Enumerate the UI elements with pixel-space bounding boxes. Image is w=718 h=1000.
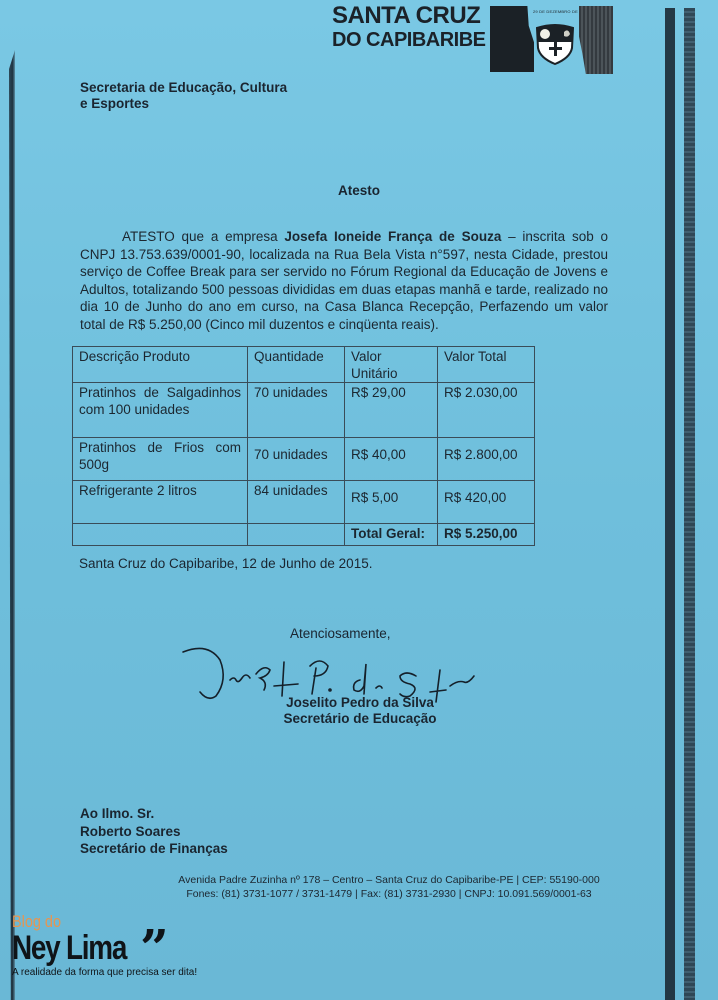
attestation-paragraph: ATESTO que a empresa Josefa Ioneide Fran… — [80, 228, 608, 334]
signer-name: Joselito Pedro da Silva — [275, 695, 445, 711]
cell-empty — [248, 524, 345, 546]
company-name: Josefa Ioneide França de Souza — [284, 229, 501, 244]
footer-contacts: Fones: (81) 3731-1077 / 3731-1479 | Fax:… — [60, 887, 718, 901]
coat-of-arms-icon — [534, 22, 576, 66]
cell-valor-total: R$ 2.030,00 — [438, 383, 535, 438]
table-row: Refrigerante 2 litros 84 unidades R$ 5,0… — [73, 481, 535, 524]
cell-valor-unitario: R$ 5,00 — [345, 481, 438, 524]
scan-edge-right-bar-textured — [684, 8, 695, 1000]
recipient-salutation: Ao Ilmo. Sr. — [80, 805, 228, 823]
document-title: Atesto — [0, 183, 718, 198]
quote-mark-icon: ” — [140, 923, 169, 973]
table-row: Pratinhos de Frios com 500g 70 unidades … — [73, 438, 535, 481]
cell-quantidade: 70 unidades — [248, 438, 345, 481]
signer-block: Joselito Pedro da Silva Secretário de Ed… — [275, 695, 445, 727]
total-value: R$ 5.250,00 — [438, 524, 535, 546]
city-logo-line2: DO CAPIBARIBE — [332, 30, 486, 50]
cell-valor-unitario: R$ 29,00 — [345, 383, 438, 438]
signer-role: Secretário de Educação — [275, 711, 445, 727]
cell-valor-total: R$ 420,00 — [438, 481, 535, 524]
table-header-row: Descrição Produto Quantidade Valor Unitá… — [73, 347, 535, 383]
letter-footer: Avenida Padre Zuzinha nº 178 – Centro – … — [0, 873, 718, 901]
blog-watermark: Blog do Ney Lima ” A realidade da forma … — [12, 913, 197, 978]
header-valor-unitario: Valor Unitário — [345, 347, 438, 383]
table-total-row: Total Geral: R$ 5.250,00 — [73, 524, 535, 546]
department-header: Secretaria de Educação, Cultura e Esport… — [80, 80, 287, 112]
date-line: Santa Cruz do Capibaribe, 12 de Junho de… — [79, 556, 372, 571]
watermark-tagline: A realidade da forma que precisa ser dit… — [12, 967, 197, 978]
paragraph-lead: ATESTO que a empresa — [122, 229, 284, 244]
recipient-block: Ao Ilmo. Sr. Roberto Soares Secretário d… — [80, 805, 228, 858]
cell-descricao: Refrigerante 2 litros — [73, 481, 248, 524]
cell-quantidade: 84 unidades — [248, 481, 345, 524]
header-valor-total: Valor Total — [438, 347, 535, 383]
cell-empty — [73, 524, 248, 546]
items-table: Descrição Produto Quantidade Valor Unitá… — [72, 346, 535, 546]
closing: Atenciosamente, — [290, 626, 391, 641]
flag-stripe-dark — [579, 6, 613, 74]
header-quantidade: Quantidade — [248, 347, 345, 383]
footer-address: Avenida Padre Zuzinha nº 178 – Centro – … — [60, 873, 718, 887]
city-logo: SANTA CRUZ DO CAPIBARIBE — [332, 4, 486, 50]
recipient-role: Secretário de Finanças — [80, 840, 228, 858]
cell-valor-unitario: R$ 40,00 — [345, 438, 438, 481]
department-line1: Secretaria de Educação, Cultura — [80, 80, 287, 96]
cell-descricao: Pratinhos de Frios com 500g — [73, 438, 248, 481]
cell-descricao: Pratinhos de Salgadinhos com 100 unidade… — [73, 383, 248, 438]
city-logo-line1: SANTA CRUZ — [332, 4, 486, 28]
paragraph-rest: – inscrita sob o CNPJ 13.753.639/0001-90… — [80, 229, 608, 332]
recipient-name: Roberto Soares — [80, 823, 228, 841]
total-label: Total Geral: — [345, 524, 438, 546]
scan-edge-right-bar — [665, 8, 675, 1000]
department-line2: e Esportes — [80, 96, 287, 112]
cell-valor-total: R$ 2.800,00 — [438, 438, 535, 481]
cell-quantidade: 70 unidades — [248, 383, 345, 438]
table-row: Pratinhos de Salgadinhos com 100 unidade… — [73, 383, 535, 438]
flag-stripe-black — [490, 6, 534, 72]
header-descricao: Descrição Produto — [73, 347, 248, 383]
